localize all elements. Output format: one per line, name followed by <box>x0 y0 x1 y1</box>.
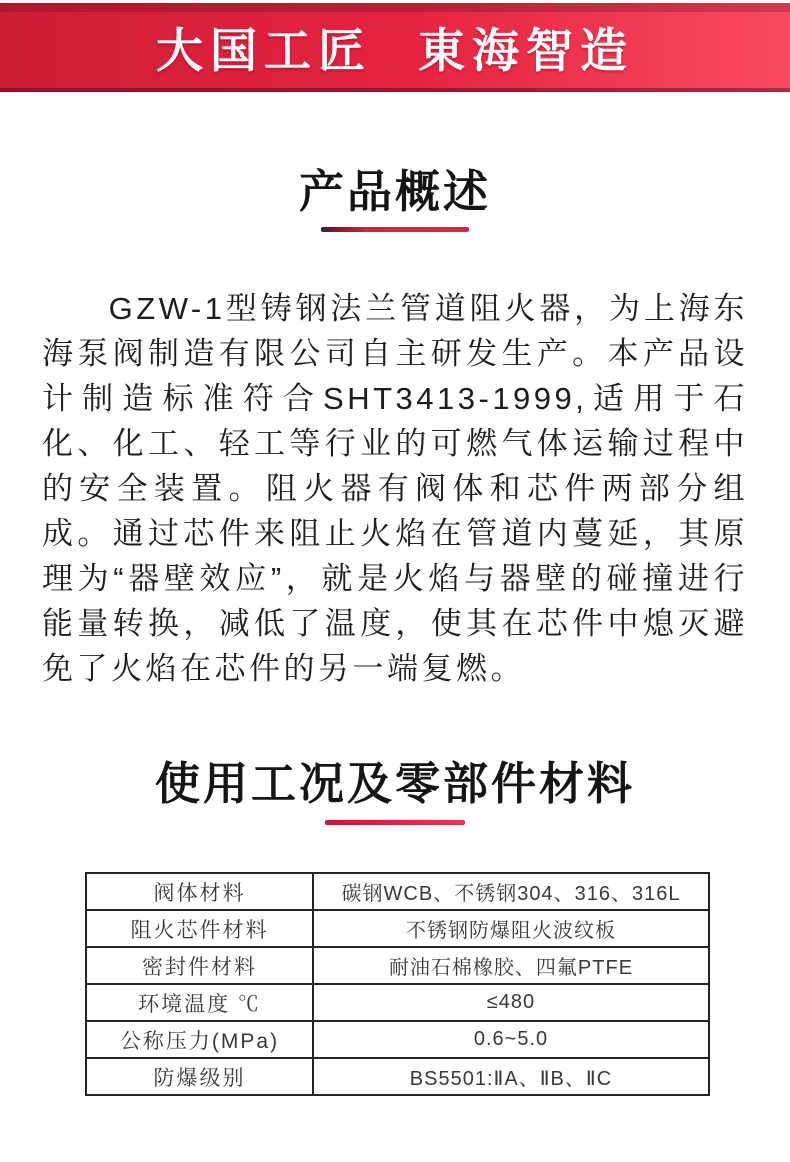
spec-label: 阻火芯件材料 <box>86 910 313 947</box>
section-title-product-overview: 产品概述 <box>0 169 790 214</box>
section-title-materials: 使用工况及零部件材料 <box>0 761 790 806</box>
spec-label: 阀体材料 <box>86 873 313 910</box>
table-row: 阻火芯件材料 不锈钢防爆阻火波纹板 <box>86 910 709 947</box>
spec-value: 耐油石棉橡胶、四氟PTFE <box>313 947 709 984</box>
materials-heading-underline <box>325 820 465 825</box>
materials-spec-table: 阀体材料 碳钢WCB、不锈钢304、316、316L 阻火芯件材料 不锈钢防爆阻… <box>85 872 710 1096</box>
spec-value: 不锈钢防爆阻火波纹板 <box>313 910 709 947</box>
table-row: 阀体材料 碳钢WCB、不锈钢304、316、316L <box>86 873 709 910</box>
table-row: 环境温度 ℃ ≤480 <box>86 984 709 1021</box>
spec-label: 防爆级别 <box>86 1058 313 1095</box>
table-row: 防爆级别 BS5501:ⅡA、ⅡB、ⅡC <box>86 1058 709 1095</box>
table-row: 密封件材料 耐油石棉橡胶、四氟PTFE <box>86 947 709 984</box>
overview-heading-underline <box>321 227 469 232</box>
spec-value: 碳钢WCB、不锈钢304、316、316L <box>313 873 709 910</box>
spec-label: 环境温度 ℃ <box>86 984 313 1021</box>
spec-label: 密封件材料 <box>86 947 313 984</box>
product-overview-paragraph: GZW-1型铸钢法兰管道阻火器，为上海东海泵阀制造有限公司自主研发生产。本产品设… <box>42 286 748 691</box>
spec-value: ≤480 <box>313 984 709 1021</box>
brand-banner-title: 大国工匠 東海智造 <box>156 14 634 81</box>
table-row: 公称压力(MPa) 0.6~5.0 <box>86 1021 709 1058</box>
brand-banner: 大国工匠 東海智造 <box>0 3 790 92</box>
spec-label: 公称压力(MPa) <box>86 1021 313 1058</box>
spec-value: 0.6~5.0 <box>313 1021 709 1058</box>
spec-value: BS5501:ⅡA、ⅡB、ⅡC <box>313 1058 709 1095</box>
